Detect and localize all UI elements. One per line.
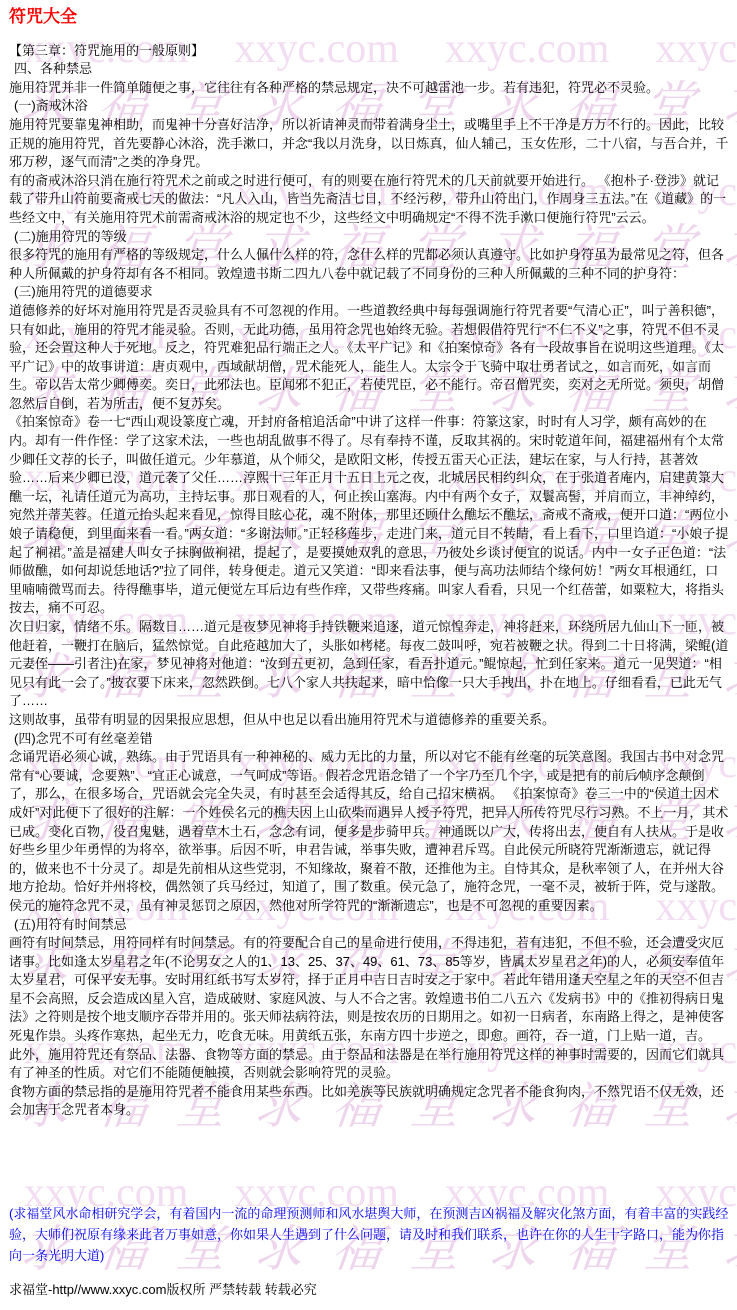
page-title: 符咒大全 bbox=[9, 8, 729, 27]
section-subheading: 四、各种禁忌 bbox=[9, 60, 729, 79]
copyright-footer: 求福堂-http//www.xxyc.com版权所 严禁转载 转载必究 bbox=[9, 1281, 317, 1299]
paragraph: 道德修养的好坏对施用符咒是否灵验具有不可忽视的作用。一些道教经典中每每强调施行符… bbox=[9, 302, 729, 414]
section-subheading: (一)斋戒沐浴 bbox=[9, 97, 729, 116]
chapter-heading: 【第三章：符咒施用的一般原则】 bbox=[9, 42, 729, 61]
paragraph: 这则故事，虽带有明显的因果报应思想，但从中也足以看出施用符咒术与道德修养的重要关… bbox=[9, 711, 729, 730]
paragraph: 施用符咒要靠鬼神相助，而鬼神十分喜好洁净，所以祈请神灵而带着满身尘土，或嘴里手上… bbox=[9, 116, 729, 172]
paragraph: 有的斋戒沐浴只消在施行符咒术之前或之时进行便可，有的则要在施行符咒术的几天前就要… bbox=[9, 172, 729, 228]
paragraph: 施用符咒并非一件简单随便之事，它往往有各种严格的禁忌规定，决不可越雷池一步。若有… bbox=[9, 79, 729, 98]
paragraph: 很多符咒的施用有严格的等级规定，什么人佩什么样的符，念什么样的咒都必须认真遵守。… bbox=[9, 246, 729, 283]
paragraph: 画符有时间禁忌，用符同样有时间禁忌。有的符要配合自己的星命进行使用，不得违犯，若… bbox=[9, 934, 729, 1046]
paragraph: 食物方面的禁忌指的是施用符咒者不能食用某些东西。比如羌族等民族就明确规定念咒者不… bbox=[9, 1083, 729, 1120]
page: xxyc.comxxyc.comxxyc.comxxyc.com求福堂求福堂求福… bbox=[0, 0, 737, 1310]
section-subheading: (四)念咒不可有丝毫差错 bbox=[9, 730, 729, 749]
promo-text: (求福堂风水命相研究学会，有着国内一流的命理预测师和风水堪舆大师，在预测吉凶祸福… bbox=[9, 1203, 731, 1266]
paragraph: 次日归家，情绪不乐。隔数日……道元是夜梦见神将手持铁鞭来追逐，道元惊惶奔走，神将… bbox=[9, 618, 729, 711]
section-subheading: (五)用符有时间禁忌 bbox=[9, 916, 729, 935]
paragraph: 此外，施用符咒还有祭品、法器、食物等方面的禁忌。由于祭品和法器是在举行施用符咒这… bbox=[9, 1046, 729, 1083]
article-body: 四、各种禁忌施用符咒并非一件简单随便之事，它往往有各种严格的禁忌规定，决不可越雷… bbox=[9, 60, 729, 1120]
section-subheading: (三)施用符咒的道德要求 bbox=[9, 283, 729, 302]
section-subheading: (二)施用符咒的等级 bbox=[9, 228, 729, 247]
paragraph: 念诵咒语必须心诚，熟练。由于咒语具有一种神秘的、威力无比的力量，所以对它不能有丝… bbox=[9, 748, 729, 915]
paragraph: 《拍案惊奇》卷一七“西山观设篆度亡魂，开封府备棺追活命”中讲了这样一件事：符篆这… bbox=[9, 413, 729, 618]
article: 符咒大全 【第三章：符咒施用的一般原则】 四、各种禁忌施用符咒并非一件简单随便之… bbox=[0, 0, 737, 1120]
